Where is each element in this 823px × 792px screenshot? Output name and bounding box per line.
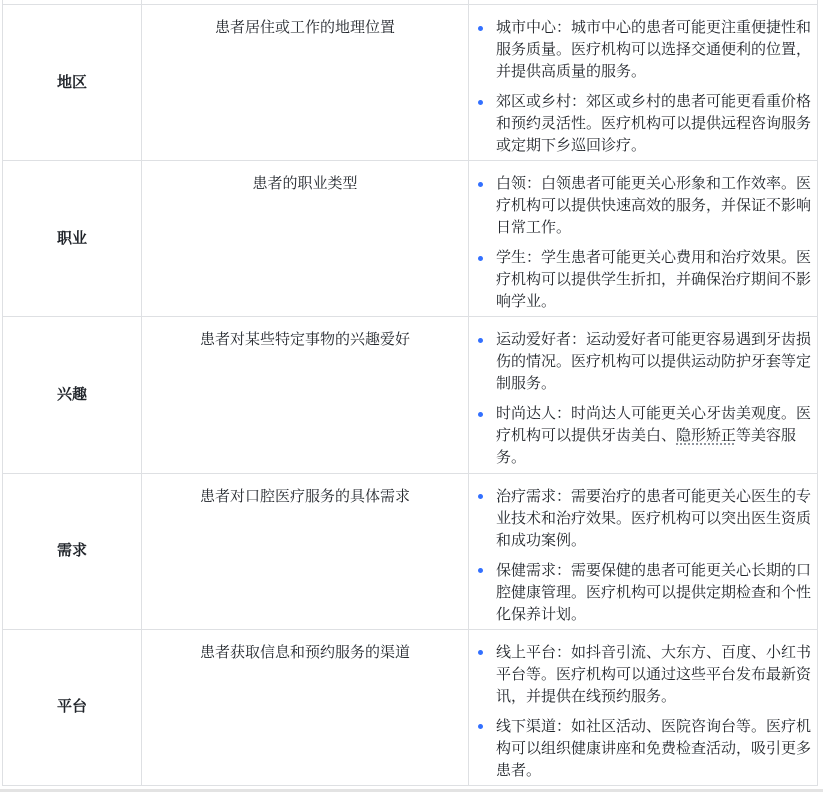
- details-cell: 白领：白领患者可能更关心形象和工作效率。医疗机构可以提供快速高效的服务，并保证不…: [469, 161, 817, 316]
- description-text: 患者对口腔医疗服务的具体需求: [200, 488, 410, 505]
- category-label: 兴趣: [57, 384, 87, 406]
- segmentation-table: 地区 患者居住或工作的地理位置 城市中心：城市中心的患者可能更注重便捷性和服务质…: [2, 4, 818, 786]
- details-cell: 治疗需求：需要治疗的患者可能更关心医生的专业技术和治疗效果。医疗机构可以突出医生…: [469, 474, 817, 629]
- bullet-text: 郊区或乡村：郊区或乡村的患者可能更看重价格和预约灵活性。医疗机构可以提供远程咨询…: [496, 93, 811, 154]
- description-text: 患者获取信息和预约服务的渠道: [200, 644, 410, 661]
- bullet-list: 治疗需求：需要治疗的患者可能更关心医生的专业技术和治疗效果。医疗机构可以突出医生…: [469, 486, 811, 626]
- bullet-text: 保健需求：需要保健的患者可能更关心长期的口腔健康管理。医疗机构可以提供定期检查和…: [496, 562, 811, 623]
- bullet-item: 治疗需求：需要治疗的患者可能更关心医生的专业技术和治疗效果。医疗机构可以突出医生…: [469, 486, 811, 552]
- table-row: 兴趣 患者对某些特定事物的兴趣爱好 运动爱好者：运动爱好者可能更容易遇到牙齿损伤…: [2, 317, 818, 473]
- category-cell: 需求: [3, 474, 142, 629]
- category-cell: 地区: [3, 5, 142, 160]
- bullet-text: 运动爱好者：运动爱好者可能更容易遇到牙齿损伤的情况。医疗机构可以提供运动防护牙套…: [496, 331, 811, 392]
- category-label: 职业: [57, 228, 87, 250]
- bullet-item: 城市中心：城市中心的患者可能更注重便捷性和服务质量。医疗机构可以选择交通便利的位…: [469, 17, 811, 83]
- bullet-list: 城市中心：城市中心的患者可能更注重便捷性和服务质量。医疗机构可以选择交通便利的位…: [469, 17, 811, 157]
- description-cell: 患者的职业类型: [142, 161, 469, 316]
- description-text: 患者的职业类型: [252, 175, 357, 192]
- bullet-item: 时尚达人：时尚达人可能更关心牙齿美观度。医疗机构可以提供牙齿美白、隐形矫正等美容…: [469, 403, 811, 469]
- bullet-item: 保健需求：需要保健的患者可能更关心长期的口腔健康管理。医疗机构可以提供定期检查和…: [469, 560, 811, 626]
- table-row: 地区 患者居住或工作的地理位置 城市中心：城市中心的患者可能更注重便捷性和服务质…: [2, 5, 818, 161]
- description-cell: 患者对口腔医疗服务的具体需求: [142, 474, 469, 629]
- bullet-item: 学生：学生患者可能更关心费用和治疗效果。医疗机构可以提供学生折扣，并确保治疗期间…: [469, 247, 811, 313]
- details-cell: 城市中心：城市中心的患者可能更注重便捷性和服务质量。医疗机构可以选择交通便利的位…: [469, 5, 817, 160]
- description-cell: 患者获取信息和预约服务的渠道: [142, 630, 469, 785]
- table-row: 平台 患者获取信息和预约服务的渠道 线上平台：如抖音引流、大东方、百度、小红书平…: [2, 630, 818, 786]
- details-cell: 运动爱好者：运动爱好者可能更容易遇到牙齿损伤的情况。医疗机构可以提供运动防护牙套…: [469, 317, 817, 472]
- underlined-term: 隐形矫正: [676, 427, 736, 444]
- category-cell: 平台: [3, 630, 142, 785]
- category-cell: 职业: [3, 161, 142, 316]
- description-cell: 患者居住或工作的地理位置: [142, 5, 469, 160]
- description-text: 患者居住或工作的地理位置: [215, 19, 395, 36]
- description-text: 患者对某些特定事物的兴趣爱好: [200, 331, 410, 348]
- bullet-list: 线上平台：如抖音引流、大东方、百度、小红书平台等。医疗机构可以通过这些平台发布最…: [469, 642, 811, 782]
- bullet-item: 线下渠道：如社区活动、医院咨询台等。医疗机构可以组织健康讲座和免费检查活动，吸引…: [469, 716, 811, 782]
- bullet-item: 郊区或乡村：郊区或乡村的患者可能更看重价格和预约灵活性。医疗机构可以提供远程咨询…: [469, 91, 811, 157]
- table-row: 职业 患者的职业类型 白领：白领患者可能更关心形象和工作效率。医疗机构可以提供快…: [2, 161, 818, 317]
- bullet-list: 白领：白领患者可能更关心形象和工作效率。医疗机构可以提供快速高效的服务，并保证不…: [469, 173, 811, 313]
- bullet-item: 线上平台：如抖音引流、大东方、百度、小红书平台等。医疗机构可以通过这些平台发布最…: [469, 642, 811, 708]
- bullet-text: 线下渠道：如社区活动、医院咨询台等。医疗机构可以组织健康讲座和免费检查活动，吸引…: [496, 718, 811, 779]
- bullet-list: 运动爱好者：运动爱好者可能更容易遇到牙齿损伤的情况。医疗机构可以提供运动防护牙套…: [469, 329, 811, 469]
- bullet-item: 运动爱好者：运动爱好者可能更容易遇到牙齿损伤的情况。医疗机构可以提供运动防护牙套…: [469, 329, 811, 395]
- bullet-text: 治疗需求：需要治疗的患者可能更关心医生的专业技术和治疗效果。医疗机构可以突出医生…: [496, 488, 811, 549]
- document-page: 地区 患者居住或工作的地理位置 城市中心：城市中心的患者可能更注重便捷性和服务质…: [0, 0, 823, 792]
- bullet-text: 线上平台：如抖音引流、大东方、百度、小红书平台等。医疗机构可以通过这些平台发布最…: [496, 644, 811, 705]
- description-cell: 患者对某些特定事物的兴趣爱好: [142, 317, 469, 472]
- bullet-text: 城市中心：城市中心的患者可能更注重便捷性和服务质量。医疗机构可以选择交通便利的位…: [496, 19, 811, 80]
- table-row: 需求 患者对口腔医疗服务的具体需求 治疗需求：需要治疗的患者可能更关心医生的专业…: [2, 474, 818, 630]
- category-label: 需求: [57, 540, 87, 562]
- bullet-item: 白领：白领患者可能更关心形象和工作效率。医疗机构可以提供快速高效的服务，并保证不…: [469, 173, 811, 239]
- details-cell: 线上平台：如抖音引流、大东方、百度、小红书平台等。医疗机构可以通过这些平台发布最…: [469, 630, 817, 785]
- category-label: 地区: [57, 72, 87, 94]
- category-label: 平台: [57, 696, 87, 718]
- bullet-text: 学生：学生患者可能更关心费用和治疗效果。医疗机构可以提供学生折扣，并确保治疗期间…: [496, 249, 811, 310]
- bullet-text: 白领：白领患者可能更关心形象和工作效率。医疗机构可以提供快速高效的服务，并保证不…: [496, 175, 811, 236]
- category-cell: 兴趣: [3, 317, 142, 472]
